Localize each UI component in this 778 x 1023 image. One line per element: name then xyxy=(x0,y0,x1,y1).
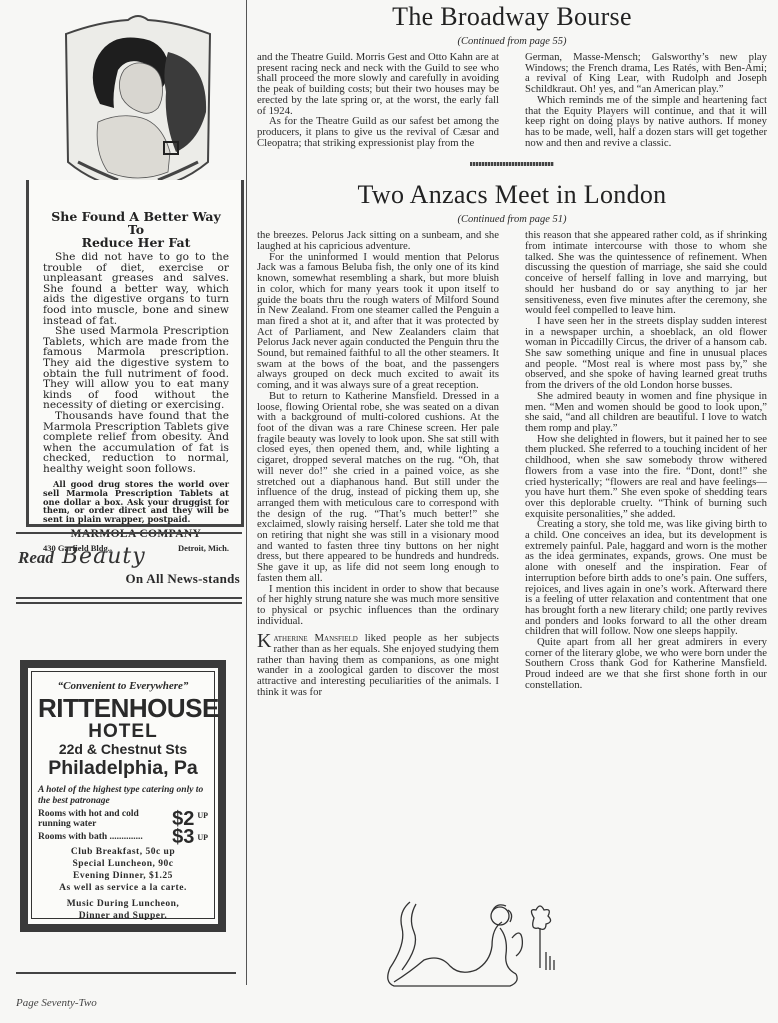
text-column: the breezes. Pelorus Jack sitting on a s… xyxy=(257,230,499,697)
marmola-advertisement: She Found A Better Way To Reduce Her Fat… xyxy=(18,4,240,524)
paragraph: I mention this incident in order to show… xyxy=(257,584,499,627)
meal-line: As well as service a la carte. xyxy=(38,882,208,894)
paragraph: For the uninformed I would mention that … xyxy=(257,252,499,391)
rate-row: Rooms with bath .............. $3 UP xyxy=(38,831,208,843)
page-number: Page Seventy-Two xyxy=(16,997,97,1009)
dropcap: K xyxy=(257,634,271,648)
paragraph: German, Masse-Mensch; Galsworthy’s new p… xyxy=(525,52,767,95)
ad-heading: She Found A Better Way To Reduce Her Fat xyxy=(43,210,229,249)
hotel-name: RITTENHOUSE xyxy=(38,694,208,722)
hotel-description: A hotel of the highest type catering onl… xyxy=(38,785,208,807)
paragraph: Which reminds me of the simple and heart… xyxy=(525,95,767,149)
continued-note: (Continued from page 51) xyxy=(257,214,767,225)
music-line: Music During Luncheon, xyxy=(38,898,208,910)
paragraph: and the Theatre Guild. Morris Gest and O… xyxy=(257,52,499,116)
paragraph: I have seen her in the streets display s… xyxy=(525,316,767,391)
woman-portrait-icon xyxy=(58,12,218,192)
reclining-figure-illustration-icon xyxy=(380,898,580,990)
text-column: German, Masse-Mensch; Galsworthy’s new p… xyxy=(525,52,767,148)
paragraph: this reason that she appeared rather col… xyxy=(525,230,767,316)
rittenhouse-hotel-advertisement: “Convenient to Everywhere” RITTENHOUSE H… xyxy=(20,660,226,932)
paragraph-dropcap: Katherine Mansfield liked people as her … xyxy=(257,633,499,697)
article-title: The Broadway Bourse xyxy=(257,2,767,32)
hotel-street: 22d & Chestnut Sts xyxy=(38,741,208,757)
read-label: Read xyxy=(18,548,54,568)
rule xyxy=(16,532,242,534)
footer-rule xyxy=(16,972,236,974)
music-line: Dinner and Supper. xyxy=(38,910,208,922)
meal-line: Evening Dinner, $1.25 xyxy=(38,870,208,882)
beauty-logo: Beauty xyxy=(62,544,146,569)
text-column: this reason that she appeared rather col… xyxy=(525,230,767,697)
paragraph: She admired beauty in women and fine phy… xyxy=(525,391,767,434)
article-two-anzacs: Two Anzacs Meet in London (Continued fro… xyxy=(257,180,767,697)
hotel-city: Philadelphia, Pa xyxy=(38,757,208,779)
paragraph: Quite apart from all her great admirers … xyxy=(525,637,767,691)
meal-line: Special Luncheon, 90c xyxy=(38,858,208,870)
text-column: and the Theatre Guild. Morris Gest and O… xyxy=(257,52,499,148)
newsstands-tagline: On All News-stands xyxy=(16,571,240,587)
article-title: Two Anzacs Meet in London xyxy=(257,180,767,210)
rule xyxy=(16,597,242,599)
ornamental-divider xyxy=(470,162,554,166)
marmola-ad-textbox: She Found A Better Way To Reduce Her Fat… xyxy=(26,180,244,527)
read-beauty-advertisement: Read Beauty On All News-stands xyxy=(16,532,242,604)
paragraph: Creating a story, she told me, was like … xyxy=(525,519,767,637)
ad-paragraph: Thousands have found that the Marmola Pr… xyxy=(43,411,229,475)
article-area: The Broadway Bourse (Continued from page… xyxy=(257,0,767,698)
hotel-word: HOTEL xyxy=(38,722,208,741)
column-divider-rule xyxy=(246,0,247,985)
paragraph: But to return to Katherine Mansfield. Dr… xyxy=(257,391,499,584)
continued-note: (Continued from page 55) xyxy=(257,36,767,47)
paragraph: As for the Theatre Guild as our safest b… xyxy=(257,116,499,148)
hotel-slogan: “Convenient to Everywhere” xyxy=(38,680,208,692)
paragraph: the breezes. Pelorus Jack sitting on a s… xyxy=(257,230,499,251)
rule xyxy=(16,602,242,604)
article-broadway-bourse: The Broadway Bourse (Continued from page… xyxy=(257,2,767,148)
ad-fine-print: All good drug stores the world over sell… xyxy=(43,480,229,523)
ad-paragraph: She used Marmola Prescription Tablets, w… xyxy=(43,326,229,411)
ad-paragraph: She did not have to go to the trouble of… xyxy=(43,252,229,326)
paragraph: How she delighted in flowers, but it pai… xyxy=(525,434,767,520)
